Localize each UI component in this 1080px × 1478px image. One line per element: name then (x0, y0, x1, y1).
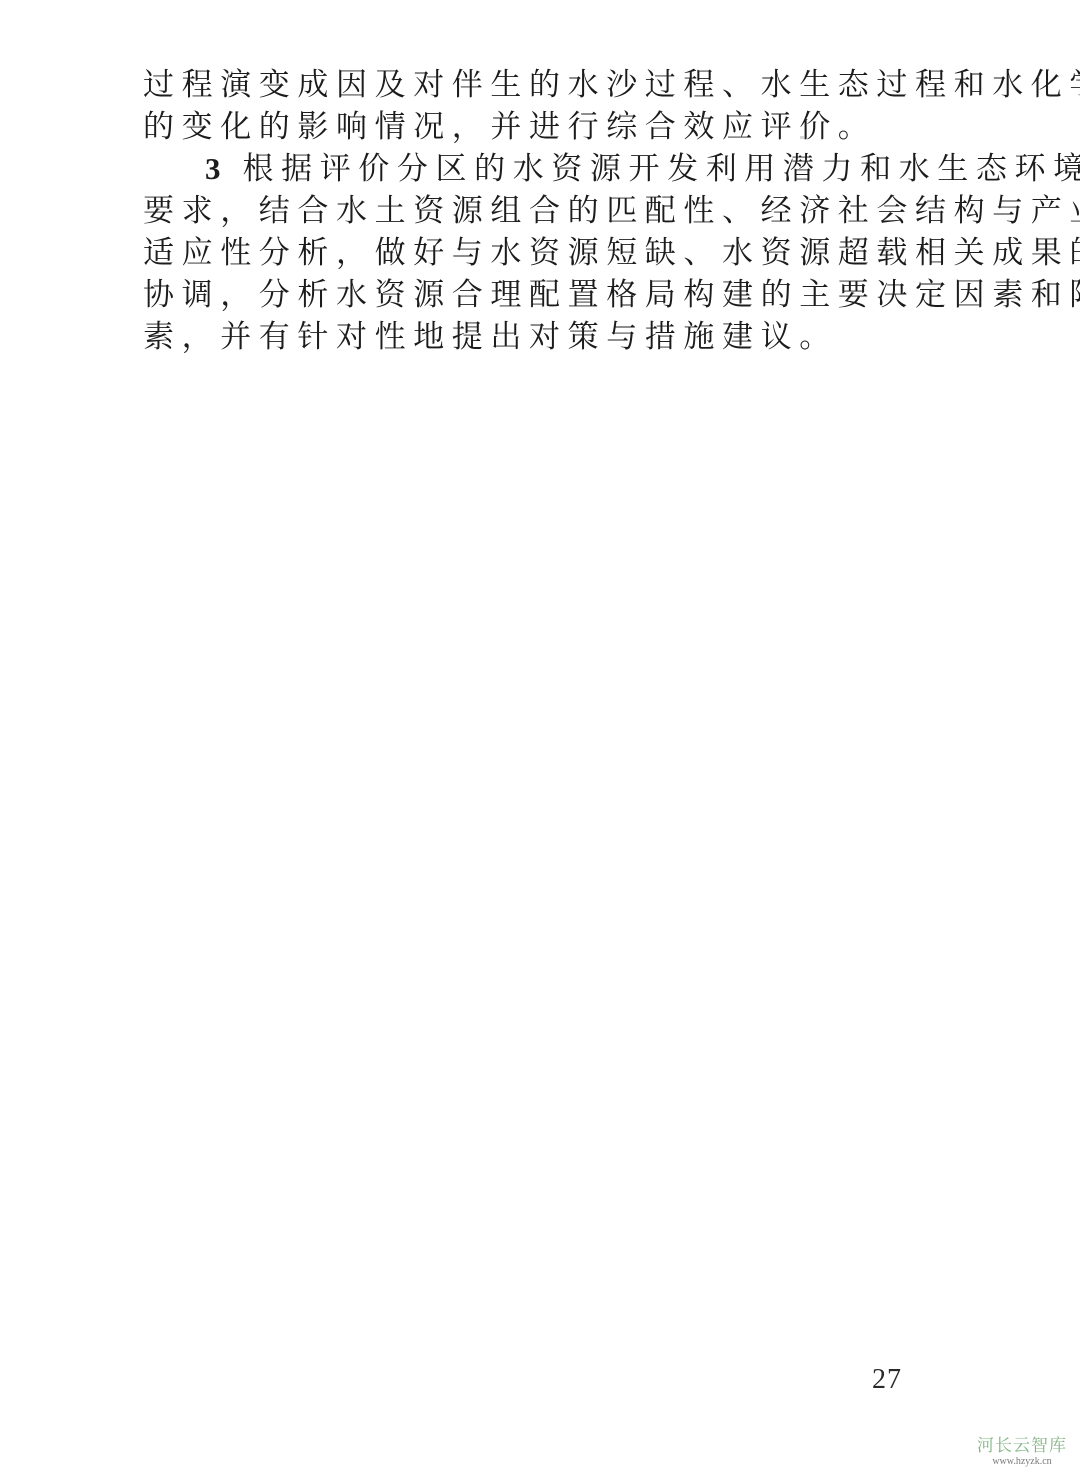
watermark-url: www.hzyzk.cn (970, 1456, 1074, 1468)
text-line: 过程演变成因及对伴生的水沙过程、水生态过程和水化学过程等 (143, 64, 943, 106)
text-line: 协调，分析水资源合理配置格局构建的主要决定因素和限制因 (143, 274, 943, 316)
item-number: 3 (205, 151, 221, 186)
text-line: 根据评价分区的水资源开发利用潜力和水生态环境保护 (243, 151, 1080, 187)
scan-speck (800, 136, 804, 139)
text-line: 适应性分析，做好与水资源短缺、水资源超载相关成果的衔接与 (143, 232, 943, 274)
text-line: 要求，结合水土资源组合的匹配性、经济社会结构与产业布局的 (143, 190, 943, 232)
document-body: 过程演变成因及对伴生的水沙过程、水生态过程和水化学过程等 的变化的影响情况，并进… (143, 64, 943, 358)
text-line: 素，并有针对性地提出对策与措施建议。 (143, 316, 943, 358)
numbered-paragraph-start: 3根据评价分区的水资源开发利用潜力和水生态环境保护 (143, 148, 943, 190)
watermark-title: 河长云智库 (970, 1436, 1074, 1456)
watermark: 河长云智库 www.hzyzk.cn (970, 1436, 1074, 1468)
text-line: 的变化的影响情况，并进行综合效应评价。 (143, 106, 943, 148)
page-number: 27 (872, 1364, 902, 1396)
